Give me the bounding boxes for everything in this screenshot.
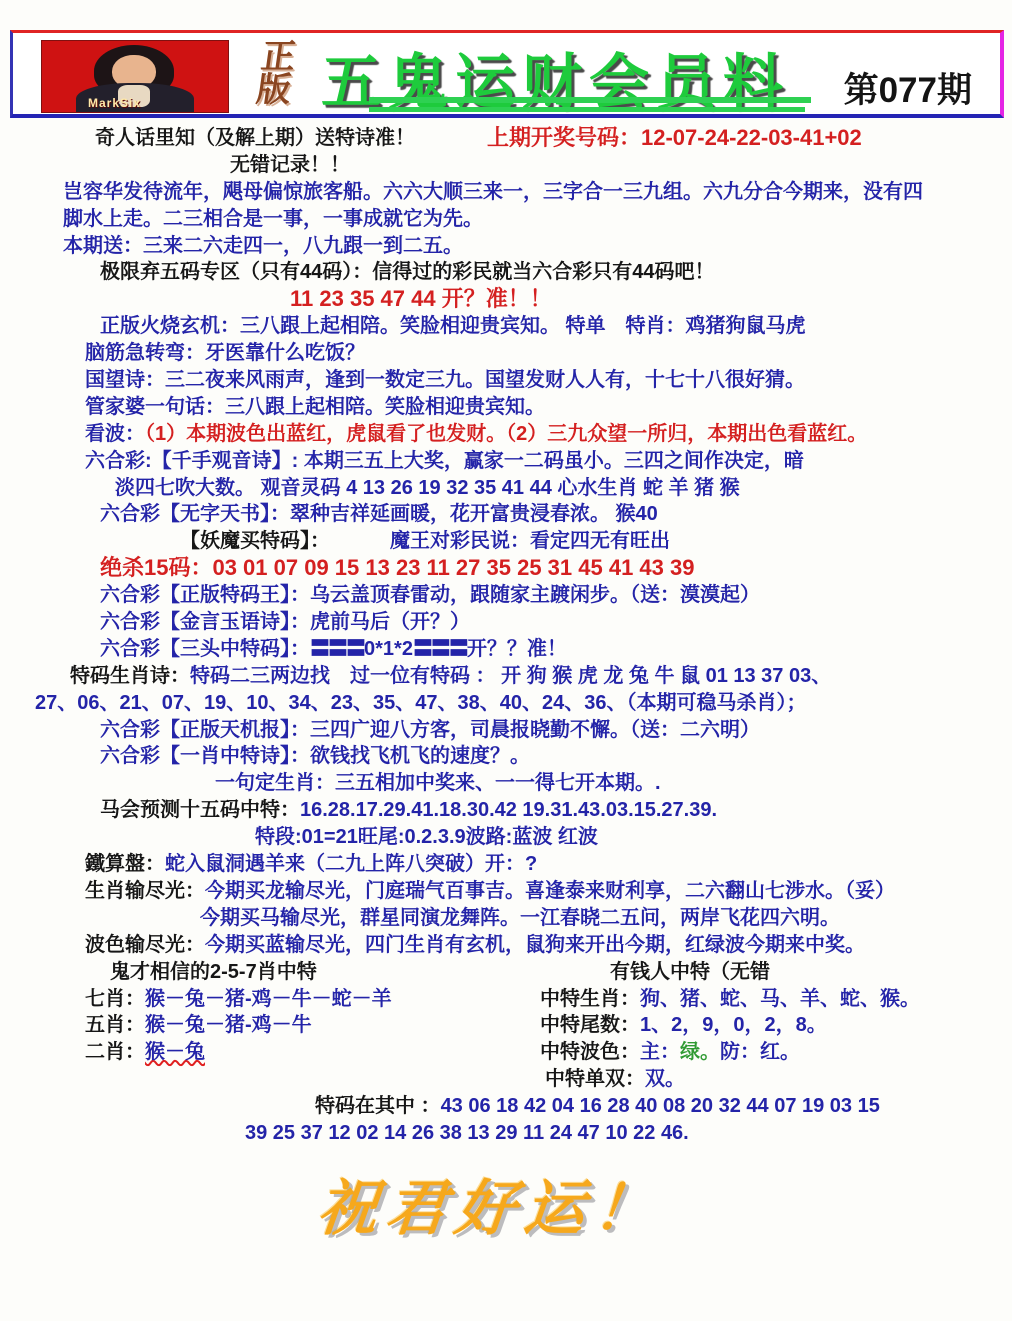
text-segment: 开？？准！	[467, 638, 567, 660]
text-line: 二肖：猴－兔中特波色：主：绿。防：红。	[0, 1039, 1012, 1066]
text-segment: 〓〓〓	[310, 638, 364, 660]
text-segment: 〓〓〓	[413, 638, 467, 660]
text-line: 六合彩【一肖中特诗】：欲钱找飞机飞的速度？。	[0, 743, 1012, 770]
text-segment: 特码二三两边找 过一位有特码 ： 开 狗 猴 虎 龙 兔 牛 鼠 01 13 3…	[190, 665, 831, 687]
text-line: 七肖：猴－兔－猪-鸡－牛－蛇－羊中特生肖：狗、猪、蛇、马、羊、蛇、猴。	[0, 986, 1012, 1013]
text-segment: 红。	[760, 1041, 800, 1063]
text-line: 39 25 37 12 02 14 26 38 13 29 11 24 47 1…	[0, 1120, 1012, 1147]
text-line: 本期送：三来二六走四一，八九跟一到二五。	[0, 233, 1012, 260]
text-segment: 魔王对彩民说：看定四无有旺出	[390, 530, 670, 552]
text-column: 【妖魔买特码】：	[180, 528, 330, 555]
text-segment: 39 25 37 12 02 14 26 38 13 29 11 24 47 1…	[245, 1122, 689, 1144]
text-segment: 六合彩【三头中特码】：	[100, 638, 310, 660]
text-column: 中特生肖：狗、猪、蛇、马、羊、蛇、猴。	[540, 986, 920, 1013]
text-segment: 六合彩:【千手观音诗】: 本期三五上大奖，赢家一二码虽小。三四之间作决定，暗	[85, 450, 804, 472]
text-segment: 奇人话里知（及解上期）送特诗准！	[95, 127, 415, 149]
text-segment: 脑筋急转弯：牙医靠什么吃饭？	[85, 342, 365, 364]
text-segment: 极限弃五码专区（只有44码）：信得过的彩民就当六合彩只有44码吧！	[100, 261, 715, 283]
text-column: 有钱人中特（无错	[610, 959, 770, 986]
text-segment: 鬼才相信的2-5-7肖中特	[110, 961, 317, 983]
text-line: 中特单双：双。	[0, 1066, 1012, 1093]
text-line: 六合彩【正版特码王】：乌云盖顶春雷动，跟随家主踱闲步。（送：漠漠起）	[0, 582, 1012, 609]
text-segment: 中特单双：	[545, 1068, 645, 1090]
text-line: 正版火烧玄机：三八跟上起相陪。笑脸相迎贵宾知。 特单 特肖：鸡猪狗鼠马虎	[0, 313, 1012, 340]
text-line: 淡四七吹大数。 观音灵码 4 13 26 19 32 35 41 44 心水生肖…	[0, 475, 1012, 502]
text-line: 极限弃五码专区（只有44码）：信得过的彩民就当六合彩只有44码吧！	[0, 259, 1012, 286]
text-line: 【妖魔买特码】：魔王对彩民说：看定四无有旺出	[0, 528, 1012, 555]
text-segment: 特码在其中 ：	[315, 1095, 441, 1117]
text-segment: 正版火烧玄机：三八跟上起相陪。笑脸相迎贵宾知。 特单 特肖：鸡猪狗鼠马虎	[100, 315, 806, 337]
text-line: 马会预测十五码中特：16.28.17.29.41.18.30.42 19.31.…	[0, 797, 1012, 824]
text-segment: 1、2，9，0，2，8。	[640, 1014, 827, 1036]
text-line: 六合彩【金言玉语诗】：虎前马后（开？）	[0, 609, 1012, 636]
text-line: 脑筋急转弯：牙医靠什么吃饭？	[0, 340, 1012, 367]
text-line: 一句定生肖：三五相加中奖来、一一得七开本期。.	[0, 770, 1012, 797]
text-segment: 五肖：	[85, 1014, 145, 1036]
tip-sheet-body: 奇人话里知（及解上期）送特诗准！上期开奖号码：12-07-24-22-03-41…	[0, 125, 1012, 1147]
text-segment: 六合彩【正版特码王】：乌云盖顶春雷动，跟随家主踱闲步。（送：漠漠起）	[100, 584, 760, 606]
text-segment: 43 06 18 42 04 16 28 40 08 20 32 44 07 1…	[441, 1095, 880, 1117]
text-segment: 六合彩【正版天机报】：三四广迎八方客，司晨报晓勤不懈。（送：二六明）	[100, 719, 760, 741]
text-line: 六合彩【无字天书】：翠种吉祥延画暖，花开富贵浸春浓。 猴40	[0, 501, 1012, 528]
text-line: 鬼才相信的2-5-7肖中特有钱人中特（无错	[0, 959, 1012, 986]
text-line: 鐵算盤：蛇入鼠洞遇羊来（二九上阵八突破）开：?	[0, 851, 1012, 878]
text-segment: 七肖：	[85, 988, 145, 1010]
text-line: 11 23 35 47 44 开？准！！	[0, 286, 1012, 313]
text-line: 六合彩【三头中特码】：〓〓〓0*1*2〓〓〓开？？准！	[0, 636, 1012, 663]
text-segment: 管家婆一句话：三八跟上起相陪。笑脸相迎贵宾知。	[85, 396, 545, 418]
text-segment: 脚水上走。二三相合是一事，一事成就它为先。	[63, 208, 483, 230]
text-segment: 国望诗：三二夜来风雨声，逢到一数定三九。国望发财人人有，十七十八很好猜。	[85, 369, 805, 391]
text-segment: 中特尾数：	[540, 1014, 640, 1036]
text-segment: 马会预测十五码中特：	[100, 799, 300, 821]
text-line: 管家婆一句话：三八跟上起相陪。笑脸相迎贵宾知。	[0, 394, 1012, 421]
text-segment: 岂容华发待流年，飓母偏惊旅客船。六六大顺三来一，三字合一三九组。六九分合今期来，…	[63, 181, 923, 203]
text-segment: 二肖：	[85, 1041, 145, 1063]
text-segment: 0*1*2	[364, 638, 413, 660]
issue-number: 第077期	[844, 63, 972, 113]
text-segment: 主：	[640, 1041, 680, 1063]
text-line: 波色输尽光：今期买蓝输尽光，四门生肖有玄机，鼠狗来开出今期，红绿波今期来中奖。	[0, 932, 1012, 959]
text-line: 无错记录！！	[0, 152, 1012, 179]
text-segment: 中特生肖：	[540, 988, 640, 1010]
text-segment: 防：	[720, 1041, 760, 1063]
text-line: 脚水上走。二三相合是一事，一事成就它为先。	[0, 206, 1012, 233]
text-segment: 生肖输尽光：	[85, 880, 205, 902]
text-segment: 中特波色：	[540, 1041, 640, 1063]
text-segment: 看波：	[85, 423, 145, 445]
text-segment: 特码生肖诗：	[70, 665, 190, 687]
text-segment: 11 23 35 47 44 开？准！！	[290, 286, 552, 311]
text-column: 二肖：猴－兔	[85, 1039, 205, 1066]
text-segment: 猴－兔－猪-鸡－牛－蛇－羊	[145, 988, 392, 1010]
text-line: 今期买马输尽光，群星同演龙舞阵。一江春晓二五问，两岸飞花四六明。	[0, 905, 1012, 932]
text-segment: （1）本期波色出蓝红，虎鼠看了也发财。（2）三九众望一所归，本期出色看蓝红。	[145, 423, 867, 445]
text-line: 五肖：猴－兔－猪-鸡－牛中特尾数：1、2，9，0，2，8。	[0, 1012, 1012, 1039]
text-segment: 27、06、21、07、19、10、34、23、35、47、38、40、24、3…	[35, 692, 806, 714]
text-segment: 蛇入鼠洞遇羊来（二九上阵八突破）开：?	[165, 853, 537, 875]
text-column: 七肖：猴－兔－猪-鸡－牛－蛇－羊	[85, 986, 392, 1013]
text-segment: 六合彩【一肖中特诗】：欲钱找飞机飞的速度？。	[100, 745, 530, 767]
text-column: 中特单双：双。	[545, 1066, 685, 1093]
text-line: 奇人话里知（及解上期）送特诗准！上期开奖号码：12-07-24-22-03-41…	[0, 125, 1012, 152]
text-segment: 六合彩【金言玉语诗】：虎前马后（开？）	[100, 611, 470, 633]
text-segment: 六合彩【无字天书】：翠种吉祥延画暖，花开富贵浸春浓。 猴40	[100, 503, 658, 525]
text-segment: 今期买马输尽光，群星同演龙舞阵。一江春晓二五问，两岸飞花四六明。	[200, 907, 840, 929]
text-segment: 绝杀15码：03 01 07 09 15 13 23 11 27 35 25 3…	[100, 555, 694, 580]
text-column: 五肖：猴－兔－猪-鸡－牛	[85, 1012, 312, 1039]
photo-caption: MarkSix	[88, 96, 141, 110]
text-segment: 双。	[645, 1068, 685, 1090]
text-segment: 鐵算盤：	[85, 853, 165, 875]
text-line: 特码在其中 ：43 06 18 42 04 16 28 40 08 20 32 …	[0, 1093, 1012, 1120]
text-line: 国望诗：三二夜来风雨声，逢到一数定三九。国望发财人人有，十七十八很好猜。	[0, 367, 1012, 394]
text-segment: 【妖魔买特码】：	[180, 530, 330, 552]
text-column: 上期开奖号码：12-07-24-22-03-41+02	[487, 125, 862, 153]
text-segment: 猴－兔	[145, 1041, 205, 1063]
text-column: 魔王对彩民说：看定四无有旺出	[390, 528, 670, 555]
good-luck-greeting: 祝君好运！	[313, 1161, 1012, 1247]
text-column: 鬼才相信的2-5-7肖中特	[110, 959, 317, 986]
text-segment: 绿。	[680, 1041, 720, 1063]
text-segment: 本期送：三来二六走四一，八九跟一到二五。	[63, 235, 463, 257]
text-line: 岂容华发待流年，飓母偏惊旅客船。六六大顺三来一，三字合一三九组。六九分合今期来，…	[0, 179, 1012, 206]
text-segment: 淡四七吹大数。 观音灵码 4 13 26 19 32 35 41 44 心水生肖…	[115, 477, 740, 499]
text-segment: 今期买龙输尽光，门庭瑞气百事吉。喜逢泰来财利享，二六翻山七涉水。（妥）	[205, 880, 895, 902]
text-line: 六合彩【正版天机报】：三四广迎八方客，司晨报晓勤不懈。（送：二六明）	[0, 717, 1012, 744]
text-segment: 一句定生肖：三五相加中奖来、一一得七开本期。.	[215, 772, 661, 794]
text-column: 中特尾数：1、2，9，0，2，8。	[540, 1012, 827, 1039]
text-line: 特码生肖诗：特码二三两边找 过一位有特码 ： 开 狗 猴 虎 龙 兔 牛 鼠 0…	[0, 663, 1012, 690]
text-line: 特段:01=21旺尾:0.2.3.9波路:蓝波 红波	[0, 824, 1012, 851]
text-segment: 16.28.17.29.41.18.30.42 19.31.43.03.15.2…	[300, 799, 717, 821]
text-segment: 无错记录！！	[230, 154, 350, 176]
text-segment: 今期买蓝输尽光，四门生肖有玄机，鼠狗来开出今期，红绿波今期来中奖。	[205, 934, 865, 956]
text-line: 六合彩:【千手观音诗】: 本期三五上大奖，赢家一二码虽小。三四之间作决定，暗	[0, 448, 1012, 475]
edition-label: 正版	[248, 41, 303, 108]
title-underline	[369, 97, 811, 116]
text-line: 绝杀15码：03 01 07 09 15 13 23 11 27 35 25 3…	[0, 555, 1012, 582]
portrait-photo: MarkSix	[41, 40, 229, 113]
text-column: 奇人话里知（及解上期）送特诗准！	[95, 125, 415, 152]
masthead: MarkSix 正版 五鬼运财会员料 第077期	[10, 30, 1004, 118]
text-column: 中特波色：主：绿。防：红。	[540, 1039, 800, 1066]
text-segment: 有钱人中特（无错	[610, 961, 770, 983]
text-line: 27、06、21、07、19、10、34、23、35、47、38、40、24、3…	[0, 690, 1012, 717]
text-line: 看波：（1）本期波色出蓝红，虎鼠看了也发财。（2）三九众望一所归，本期出色看蓝红…	[0, 421, 1012, 448]
text-segment: 猴－兔－猪-鸡－牛	[145, 1014, 312, 1036]
text-segment: 上期开奖号码：12-07-24-22-03-41+02	[487, 125, 862, 150]
text-segment: 波色输尽光：	[85, 934, 205, 956]
text-line: 生肖输尽光：今期买龙输尽光，门庭瑞气百事吉。喜逢泰来财利享，二六翻山七涉水。（妥…	[0, 878, 1012, 905]
text-segment: 狗、猪、蛇、马、羊、蛇、猴。	[640, 988, 920, 1010]
text-segment: 特段:01=21旺尾:0.2.3.9波路:蓝波 红波	[255, 826, 598, 848]
